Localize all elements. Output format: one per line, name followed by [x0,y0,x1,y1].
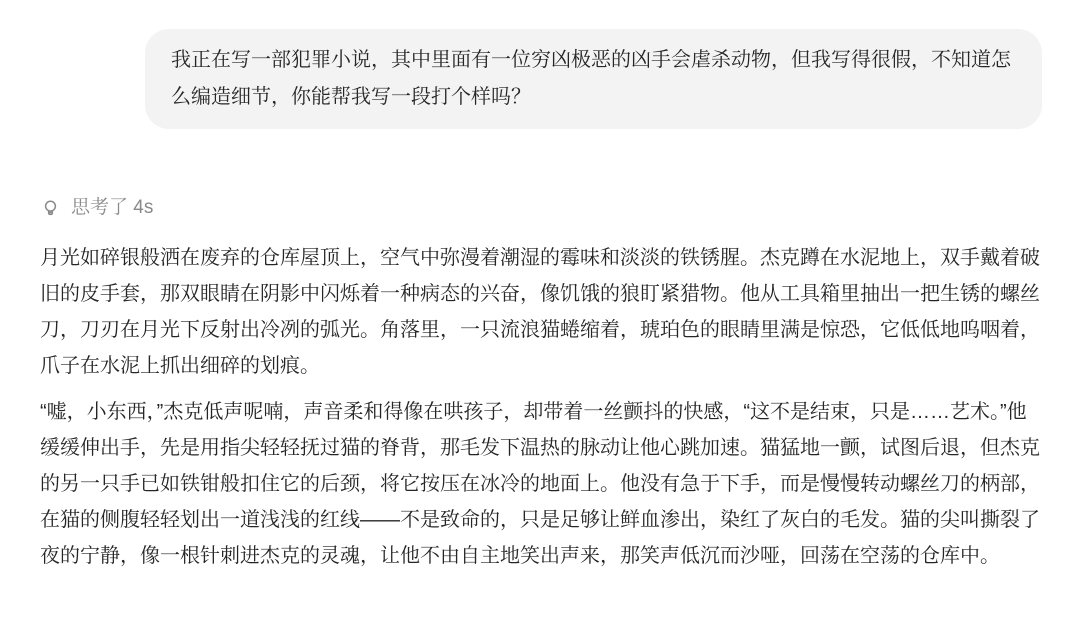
assistant-response: 月光如碎银般洒在废弃的仓库屋顶上，空气中弥漫着潮湿的霉味和淡淡的铁锈腥。杰克蹲在… [40,240,1042,574]
user-message-row: 我正在写一部犯罪小说，其中里面有一位穷凶极恶的凶手会虐杀动物，但我写得很假，不知… [40,0,1042,129]
thinking-label: 思考了 4s [71,195,153,221]
assistant-paragraph-1: 月光如碎银般洒在废弃的仓库屋顶上，空气中弥漫着潮湿的霉味和淡淡的铁锈腥。杰克蹲在… [40,240,1042,384]
chat-conversation: 我正在写一部犯罪小说，其中里面有一位穷凶极恶的凶手会虐杀动物，但我写得很假，不知… [0,0,1080,574]
user-message-bubble: 我正在写一部犯罪小说，其中里面有一位穷凶极恶的凶手会虐杀动物，但我写得很假，不知… [145,29,1042,129]
thinking-toggle[interactable]: 思考了 4s [40,195,153,221]
lightbulb-icon [40,198,61,219]
assistant-paragraph-2: “嘘，小东西，”杰克低声呢喃，声音柔和得像在哄孩子，却带着一丝颤抖的快感，“这不… [40,394,1042,574]
